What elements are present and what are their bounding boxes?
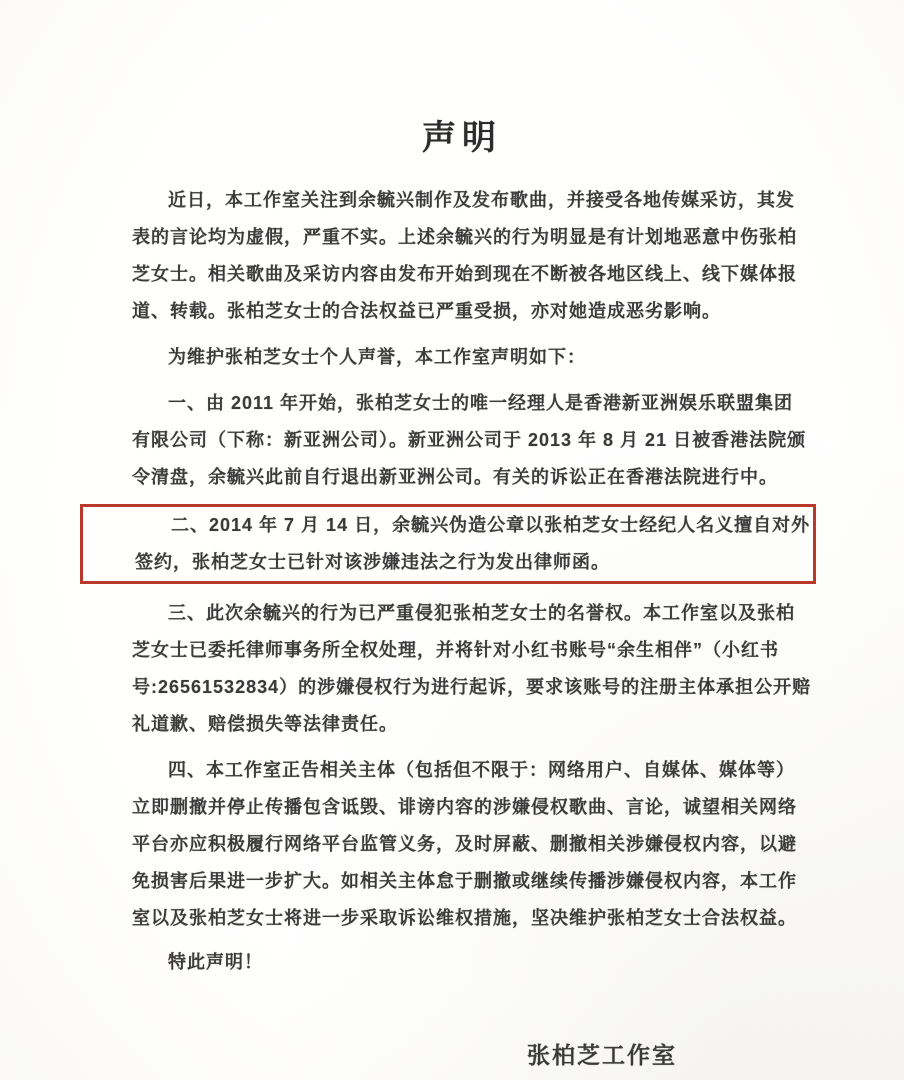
text-line: 令清盘，余毓兴此前自行退出新亚洲公司。有关的诉讼正在香港法院进行中。 — [132, 459, 792, 496]
text-line: 四、本工作室正告相关主体（包括但不限于：网络用户、自媒体、媒体等） — [132, 752, 792, 789]
text-line: 为维护张柏芝女士个人声誉，本工作室声明如下： — [132, 339, 792, 376]
text-line: 立即删撤并停止传播包含诋毁、诽谤内容的涉嫌侵权歌曲、言论，诚望相关网络 — [132, 789, 792, 826]
paragraph-item-3: 三、此次余毓兴的行为已严重侵犯张柏芝女士的名誉权。本工作室以及张柏芝女士已委托律… — [132, 595, 792, 743]
paragraph-closing: 特此声明！ — [132, 944, 792, 981]
text-line: 近日，本工作室关注到余毓兴制作及发布歌曲，并接受各地传媒采访，其发 — [132, 182, 792, 219]
text-line: 签约，张柏芝女士已针对该涉嫌违法之行为发出律师函。 — [135, 544, 789, 581]
text-line: 特此声明！ — [132, 944, 792, 981]
statement-document: 声明 近日，本工作室关注到余毓兴制作及发布歌曲，并接受各地传媒采访，其发表的言论… — [0, 0, 904, 1080]
paragraph-intro: 近日，本工作室关注到余毓兴制作及发布歌曲，并接受各地传媒采访，其发表的言论均为虚… — [132, 182, 792, 330]
text-line: 芝女士已委托律师事务所全权处理，并将针对小红书账号“余生相伴”（小红书 — [132, 632, 792, 669]
text-line: 二、2014 年 7 月 14 日，余毓兴伪造公章以张柏芝女士经纪人名义擅自对外 — [135, 507, 789, 544]
paragraph-item-4: 四、本工作室正告相关主体（包括但不限于：网络用户、自媒体、媒体等）立即删撤并停止… — [132, 752, 792, 937]
text-line: 有限公司（下称：新亚洲公司）。新亚洲公司于 2013 年 8 月 21 日被香港… — [132, 422, 792, 459]
text-line: 道、转载。张柏芝女士的合法权益已严重受损，亦对她造成恶劣影响。 — [132, 293, 792, 330]
text-line: 表的言论均为虚假，严重不实。上述余毓兴的行为明显是有计划地恶意中伤张柏 — [132, 219, 792, 256]
document-body: 近日，本工作室关注到余毓兴制作及发布歌曲，并接受各地传媒采访，其发表的言论均为虚… — [132, 182, 792, 1070]
signature: 张柏芝工作室 — [527, 1040, 792, 1070]
text-line: 礼道歉、赔偿损失等法律责任。 — [132, 706, 792, 743]
text-line: 平台亦应积极履行网络平台监管义务，及时屏蔽、删撤相关涉嫌侵权内容，以避 — [132, 826, 792, 863]
text-line: 室以及张柏芝女士将进一步采取诉讼维权措施，坚决维护张柏芝女士合法权益。 — [132, 900, 792, 937]
page-title: 声明 — [132, 118, 792, 158]
text-line: 芝女士。相关歌曲及采访内容由发布开始到现在不断被各地区线上、线下媒体报 — [132, 256, 792, 293]
paragraph-preamble: 为维护张柏芝女士个人声誉，本工作室声明如下： — [132, 339, 792, 376]
text-line: 号:26561532834）的涉嫌侵权行为进行起诉，要求该账号的注册主体承担公开… — [132, 669, 792, 706]
paragraph-item-1: 一、由 2011 年开始，张柏芝女士的唯一经理人是香港新亚洲娱乐联盟集团有限公司… — [132, 385, 792, 496]
highlight-box: 二、2014 年 7 月 14 日，余毓兴伪造公章以张柏芝女士经纪人名义擅自对外… — [80, 504, 816, 584]
paragraph-item-2-highlighted: 二、2014 年 7 月 14 日，余毓兴伪造公章以张柏芝女士经纪人名义擅自对外… — [135, 507, 789, 581]
text-line: 一、由 2011 年开始，张柏芝女士的唯一经理人是香港新亚洲娱乐联盟集团 — [132, 385, 792, 422]
text-line: 三、此次余毓兴的行为已严重侵犯张柏芝女士的名誉权。本工作室以及张柏 — [132, 595, 792, 632]
text-line: 免损害后果进一步扩大。如相关主体怠于删撤或继续传播涉嫌侵权内容，本工作 — [132, 863, 792, 900]
